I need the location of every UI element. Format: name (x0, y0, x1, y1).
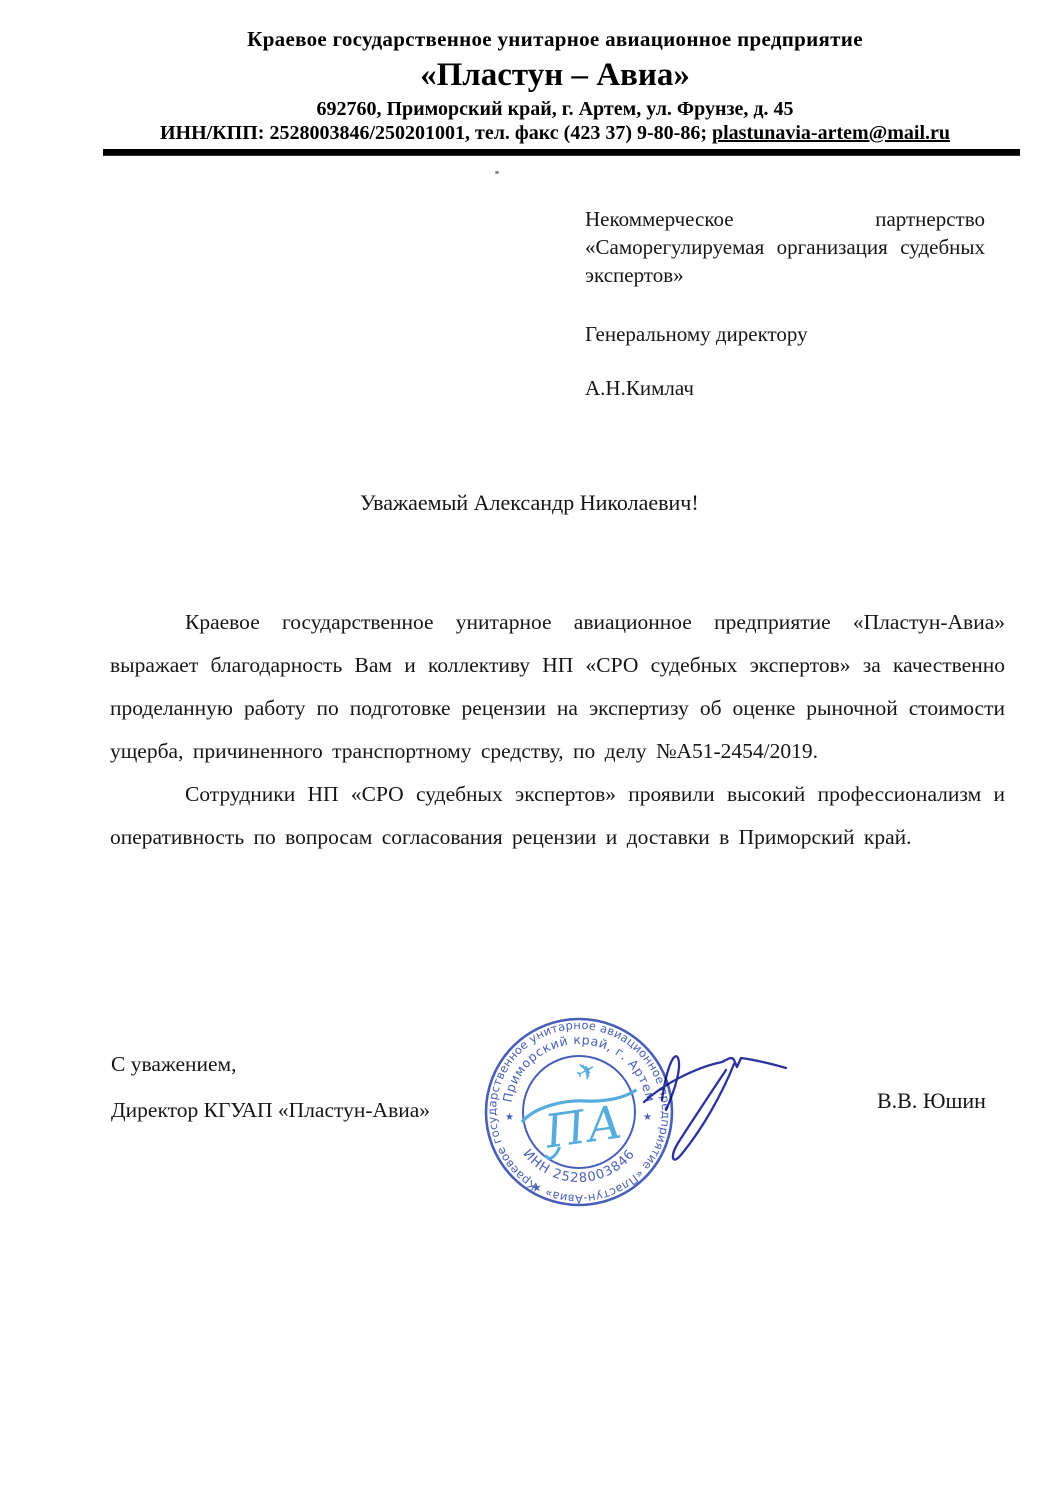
recipient-organization: Некоммерческое партнерство «Саморегулиру… (585, 205, 985, 289)
closing-signer-position: Директор КГУАП «Пластун-Авиа» (111, 1087, 430, 1133)
letter-body: Краевое государственное унитарное авиаци… (110, 601, 1005, 859)
recipient-name: А.Н.Кимлач (585, 374, 694, 402)
letterhead-org-type: Краевое государственное унитарное авиаци… (52, 26, 1058, 53)
salutation: Уважаемый Александр Николаевич! (360, 489, 699, 517)
letterhead-contacts: ИНН/КПП: 2528003846/250201001, тел. факс… (52, 122, 1058, 145)
star-icon: ★ (505, 1112, 514, 1123)
letterhead-org-name: «Пластун – Авиа» (52, 53, 1058, 97)
letterhead-inn-phone: ИНН/КПП: 2528003846/250201001, тел. факс… (160, 122, 712, 144)
letterhead-email: plastunavia-artem@mail.ru (712, 122, 950, 144)
seal-monogram: ПА (541, 1094, 628, 1159)
letterhead-address: 692760, Приморский край, г. Артем, ул. Ф… (52, 97, 1058, 122)
scan-artifact-dot (495, 171, 499, 174)
recipient-position: Генеральному директору (585, 320, 808, 348)
scanned-letter-page: Краевое государственное унитарное авиаци… (0, 0, 1058, 1495)
handwritten-signature (628, 1036, 808, 1176)
body-paragraph-1: Краевое государственное унитарное авиаци… (110, 601, 1005, 773)
closing-block: С уважением, Директор КГУАП «Пластун-Ави… (111, 1041, 430, 1133)
closing-regards: С уважением, (111, 1041, 430, 1087)
letterhead: Краевое государственное унитарное авиаци… (52, 26, 1058, 156)
body-paragraph-2: Сотрудники НП «СРО судебных экспертов» п… (110, 773, 1005, 859)
signer-name: В.В. Юшин (877, 1087, 986, 1115)
letterhead-divider (103, 149, 1020, 156)
signature-stroke (673, 1064, 734, 1160)
